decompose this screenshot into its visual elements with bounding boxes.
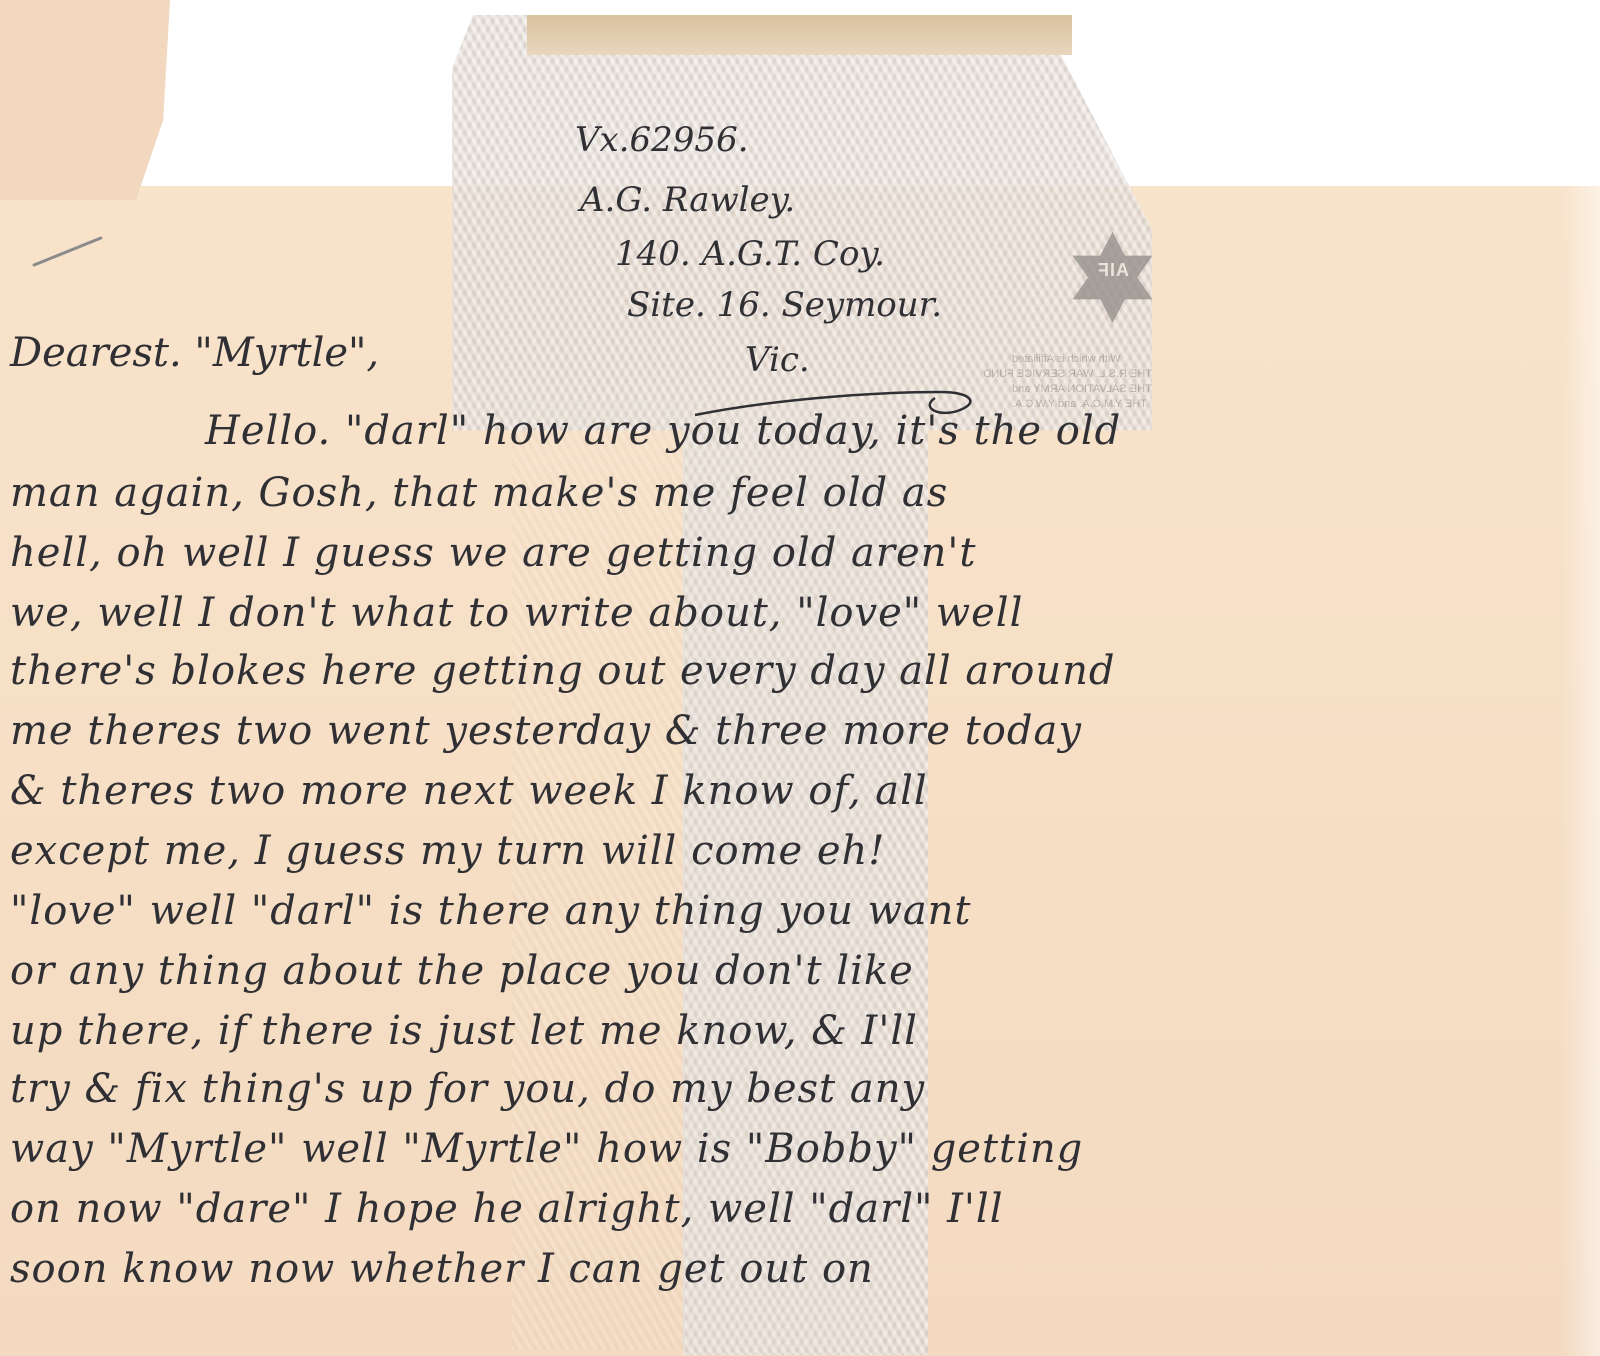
letter-line: me theres two went yesterday & three mor… xyxy=(10,708,1082,754)
letter-line: way "Myrtle" well "Myrtle" how is "Bobby… xyxy=(10,1126,1083,1172)
letter-line: there's blokes here getting out every da… xyxy=(10,648,1116,694)
letter-line: up there, if there is just let me know, … xyxy=(10,1008,918,1054)
stamp-line: THE R.S.L. WAR SERVICE FUND xyxy=(1012,367,1152,382)
letter-line: or any thing about the place you don't l… xyxy=(10,948,914,994)
letter-line: "love" well "darl" is there any thing yo… xyxy=(10,888,972,934)
salutation: Dearest. "Myrtle", xyxy=(10,330,379,376)
sender-state: Vic. xyxy=(745,340,810,380)
sender-site: Site. 16. Seymour. xyxy=(627,285,942,325)
service-number: Vx.62956. xyxy=(575,120,749,160)
folded-corner-fragment xyxy=(0,0,170,200)
letter-line: on now "dare" I hope he alright, well "d… xyxy=(10,1186,1004,1232)
letter-line: Hello. "darl" how are you today, it's th… xyxy=(205,408,1121,454)
letter-line: we, well I don't what to write about, "l… xyxy=(10,590,1023,636)
emblem-text: AIF xyxy=(1083,260,1143,281)
stamp-printed-text: With which is Affiliated THE R.S.L. WAR … xyxy=(1012,352,1152,412)
stamp-line: THE SALVATION ARMY and xyxy=(1012,382,1152,397)
sender-name: A.G. Rawley. xyxy=(580,180,795,220)
letter-line: try & fix thing's up for you, do my best… xyxy=(10,1066,925,1112)
letter-line: soon know now whether I can get out on xyxy=(10,1246,874,1292)
letter-line: hell, oh well I guess we are getting old… xyxy=(10,530,977,576)
sender-unit: 140. A.G.T. Coy. xyxy=(615,234,885,274)
letter-line: except me, I guess my turn will come eh! xyxy=(10,828,885,874)
letter-line: man again, Gosh, that make's me feel old… xyxy=(10,470,948,516)
stamp-line: With which is Affiliated xyxy=(1012,352,1152,367)
flap-tape-strip xyxy=(527,15,1072,55)
letter-line: & theres two more next week I know of, a… xyxy=(10,768,928,814)
